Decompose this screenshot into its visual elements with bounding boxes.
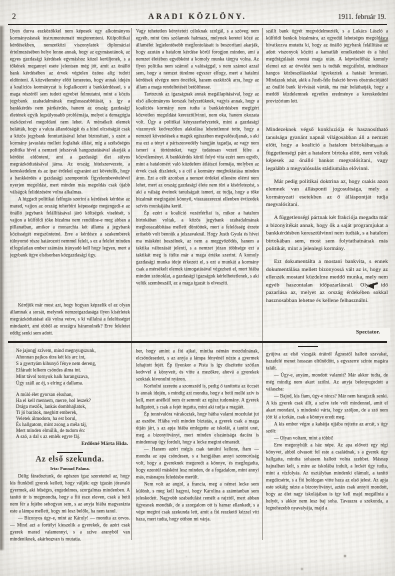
column-separator xyxy=(131,28,132,540)
poem-signature: Erdősné Márta Hida. xyxy=(10,441,128,447)
margin-arrow-mark xyxy=(367,282,378,290)
story-byline: Irta: Pannad Palana. xyxy=(10,466,130,471)
article-paragraph: A higgadt politikai felfogás szerint a k… xyxy=(10,196,130,259)
middle-feuilleton-text: ber, hogy amint a fiú ajkai, mintha némá… xyxy=(136,348,259,539)
conclusion-paragraph: A függetlenségi pártnak két frakciója me… xyxy=(266,214,388,253)
story-paragraph: Délig fáradoztunk, de egészen igaz szere… xyxy=(10,473,130,515)
right-article-text: szállt bank ügyét megvédelmezték, s a Lu… xyxy=(266,28,388,122)
feuilleton-paragraph: — Bajod, kis fiam, úgy-e nincs? Már nem … xyxy=(266,393,388,421)
scan-edge-strip xyxy=(0,26,4,550)
feuilleton-paragraph: — Olyan voltam, mint a többi! xyxy=(266,435,388,442)
right-feuilleton-text: gyújtva az első vizsgák óráiról Ágnestől… xyxy=(266,351,388,537)
article-paragraph: Vagy tehetetlen kénytetett céloknak szol… xyxy=(136,28,259,91)
left-article-text-2: Kérdjük már most azt, hogy hogyan képzel… xyxy=(10,302,130,338)
article-paragraph: Ép ezért a koalíció vezérférfiai is, mik… xyxy=(136,210,259,287)
left-article-text: Ilyen durva eszközökkel nem képesek egy … xyxy=(10,28,130,302)
newspaper-page: 2 ARADI KÖZLÖNY. 1911. február 19. Ilyen… xyxy=(0,0,395,576)
feuilleton-paragraph: Nem volt az angol, a francia, meg a néme… xyxy=(136,481,259,523)
poem-stanza-1: Ne jajongj szívem, mind megnyugszunk, Ah… xyxy=(16,348,129,387)
article-paragraph: Ilyen durva eszközökkel nem képesek egy … xyxy=(10,28,130,196)
scan-speck xyxy=(186,556,187,557)
scan-speck xyxy=(301,568,303,570)
conclusion-paragraph: Már pedig politikai doktrina az, hogy cs… xyxy=(266,178,388,209)
feuilleton-paragraph: A kis ember végre a kabátja ujjába rejte… xyxy=(266,421,388,435)
right-conclusion-text: Mindezeknek végső konkluziója és hasznos… xyxy=(266,126,388,326)
feuilleton-paragraph: Ép tennivalóra várakoztak, hogy hátha va… xyxy=(136,411,259,446)
article-paragraph: szállt bank ügyét megvédelmezték, s a Lu… xyxy=(266,28,388,105)
story-paragraph: — Bizonyos úgy-e, mint az Károly! — mond… xyxy=(10,515,130,541)
section-divider-rule xyxy=(8,341,387,343)
middle-column-mask xyxy=(133,337,261,341)
poem-stanza-2: A múló élet gyorsan elsuhan, Ha el kell … xyxy=(16,392,129,440)
column-separator xyxy=(262,28,263,540)
feuilleton-paragraph: Korholni szerette a szomszéd is, pedig ő… xyxy=(136,383,259,411)
feuilleton-dash-rule xyxy=(298,346,318,347)
issue-date: 1911. február 19. xyxy=(260,13,386,21)
story-title-rule xyxy=(57,452,83,453)
scan-speck xyxy=(344,555,346,557)
header-rule xyxy=(8,24,387,26)
middle-article-text: Vagy tehetetlen kénytetett céloknak szol… xyxy=(136,28,259,338)
feuilleton-paragraph: — Úgy-e, anyám, mondott valamit? Már akk… xyxy=(266,372,388,393)
article-paragraph: Kérdjük már most azt, hogy hogyan képzel… xyxy=(10,302,130,337)
article-paragraph: Tartozunk az igazságnak annak megállapít… xyxy=(136,91,259,210)
feuilleton-paragraph: Erre megenyhült a ház népe. Az apa előve… xyxy=(266,442,388,512)
article-signature: Spectator. xyxy=(266,329,380,335)
feuilleton-paragraph: — Hanem azért mégis csak tanulni kellene… xyxy=(136,446,259,481)
story-text: Délig fáradoztunk, de egészen igaz szere… xyxy=(10,473,130,541)
story-title: Az első szekunda. xyxy=(10,455,130,464)
conclusion-paragraph: Mindezeknek végső konkluziója és hasznos… xyxy=(266,126,388,173)
feuilleton-paragraph: ber, hogy amint a fiú ajkai, mintha némá… xyxy=(136,348,259,383)
feuilleton-paragraph: gyújtva az első vizsgák óráiról Ágnestől… xyxy=(266,351,388,372)
